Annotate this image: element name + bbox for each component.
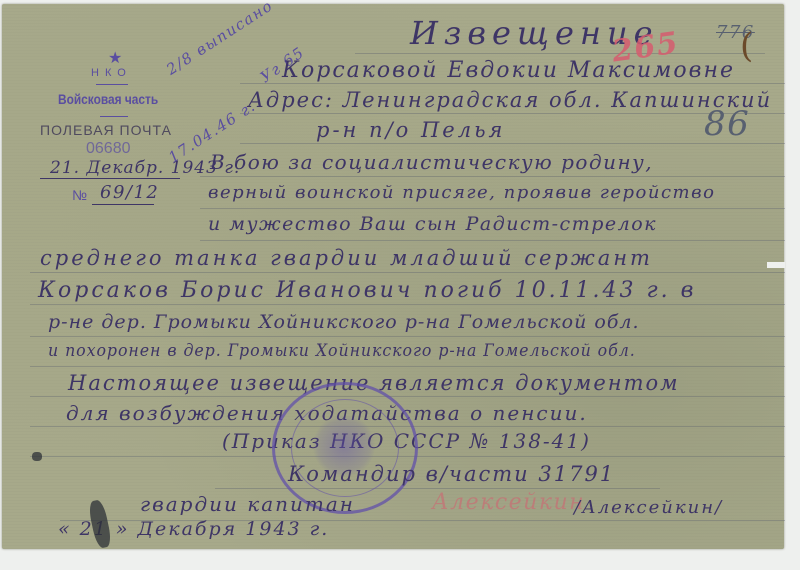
stamp-divider (100, 116, 128, 117)
stamp-unit: Войсковая часть (58, 91, 158, 107)
body-line-3: и мужество Ваш сын Радист-стрелок (208, 213, 657, 235)
date-underline (40, 178, 180, 179)
signature-scrawl: Алексейкин (432, 490, 585, 515)
stamp-agency: НКО (91, 67, 132, 79)
ruled-line (30, 304, 785, 305)
ruled-line (200, 208, 785, 209)
ruled-line (200, 176, 785, 177)
stamp-number-label: № (72, 187, 87, 203)
stamp-field-post-label: ПОЛЕВАЯ ПОЧТА (40, 122, 172, 138)
star-icon: ★ (108, 48, 122, 68)
ruled-line (200, 240, 785, 241)
body-line-4: среднего танка гвардии младший сержант (40, 246, 653, 270)
ruled-line (30, 366, 785, 367)
signature-commander: Командир в/части 31791 (288, 462, 615, 486)
body-line-1: В бою за социалистическую родину, (210, 150, 653, 174)
ruled-line (355, 53, 765, 54)
body-line-7: и похоронен в дер. Громыки Хойникского р… (48, 341, 636, 361)
ruled-line (215, 488, 660, 489)
paper-tear (767, 262, 785, 268)
brown-bracket-mark: ( (740, 26, 755, 66)
body-line-2: верный воинской присяге, проявив геройст… (208, 182, 715, 203)
signature-name: /Алексейкин/ (574, 497, 723, 518)
addressee-address-line2: р-н п/о Пелья (316, 118, 505, 142)
stamp-divider (96, 84, 128, 85)
body-line-6: р-не дер. Громыки Хойникского р-на Гомел… (48, 311, 640, 333)
stamp-number: 69/12 (100, 182, 159, 203)
addressee-address-line1: Адрес: Ленинградская обл. Капшинский (248, 88, 772, 112)
stamp-field-post-number: 06680 (86, 140, 131, 158)
ink-blot (32, 452, 42, 461)
body-line-5: Корсаков Борис Иванович погиб 10.11.43 г… (38, 278, 696, 303)
number-underline (92, 204, 154, 205)
ruled-line (30, 396, 785, 397)
ruled-line (240, 83, 785, 84)
signature-rank: гвардии капитан (140, 492, 355, 516)
addressee-name: Корсаковой Евдокии Максимовне (282, 58, 735, 83)
ruled-line (30, 272, 785, 273)
ruled-line (30, 336, 785, 337)
